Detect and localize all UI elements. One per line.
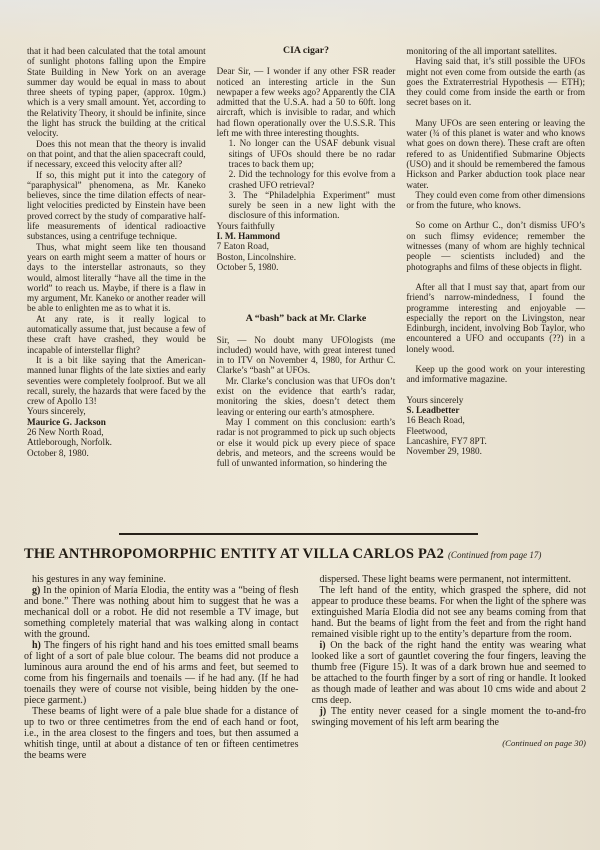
signature-line: I. M. Hammond xyxy=(217,231,396,241)
letters-column-1: that it had been calculated that the tot… xyxy=(27,46,206,468)
item-letter: h) xyxy=(32,640,44,651)
signature-line: Maurice G. Jackson xyxy=(27,417,206,427)
paragraph: They could even come from other dimensio… xyxy=(406,190,585,211)
paragraph: g) In the opinion of María Elodia, the e… xyxy=(24,585,299,640)
signature-line: October 8, 1980. xyxy=(27,448,206,458)
item-letter: j) xyxy=(320,706,331,717)
paragraph: i) On the back of the right hand the ent… xyxy=(312,640,587,706)
signature-line: November 29, 1980. xyxy=(406,446,585,456)
item-letter: g) xyxy=(32,585,43,596)
signature-line: Yours sincerely, xyxy=(27,406,206,416)
paragraph: Many UFOs are seen entering or leaving t… xyxy=(406,118,585,190)
article-section: his gestures in any way feminine.g) In t… xyxy=(24,574,586,761)
paragraph: Mr. Clarke’s conclusion was that UFOs do… xyxy=(217,376,396,417)
paragraph: The left hand of the entity, which grasp… xyxy=(312,585,587,640)
letters-column-2: CIA cigar?Dear Sir, — I wonder if any ot… xyxy=(217,46,396,468)
list-item: 1. No longer can the USAF debunk visual … xyxy=(217,138,396,169)
item-letter: i) xyxy=(320,640,331,651)
signature-line: 7 Eaton Road, xyxy=(217,241,396,251)
paragraph: At any rate, is it really logical to aut… xyxy=(27,314,206,355)
signature-line: October 5, 1980. xyxy=(217,262,396,272)
letters-column-3: monitoring of the all important satellit… xyxy=(406,46,585,468)
signature-line: Yours sincerely xyxy=(406,395,585,405)
article-title-text: THE ANTHROPOMORPHIC ENTITY AT VILLA CARL… xyxy=(24,546,444,562)
paragraph: Thus, what might seem like ten thousand … xyxy=(27,242,206,314)
magazine-page: that it had been calculated that the tot… xyxy=(0,0,600,850)
paragraph: Keep up the good work on your interestin… xyxy=(406,364,585,385)
list-item: 3. The “Philadelphia Experiment” must su… xyxy=(217,190,396,221)
paragraph: monitoring of the all important satellit… xyxy=(406,46,585,56)
signature-line: Lancashire, FY7 8PT. xyxy=(406,436,585,446)
paragraph: After all that I must say that, apart fr… xyxy=(406,282,585,354)
signature-line: Fleetwood, xyxy=(406,426,585,436)
paragraph: his gestures in any way feminine. xyxy=(24,574,299,585)
section-divider-rule xyxy=(119,533,478,535)
letter-heading: A “bash” back at Mr. Clarke xyxy=(217,314,396,324)
continued-on-note: (Continued on page 30) xyxy=(312,738,587,749)
signature-line: 16 Beach Road, xyxy=(406,415,585,425)
paragraph: So come on Arthur C., don’t dismiss UFO’… xyxy=(406,220,585,271)
letter-heading: CIA cigar? xyxy=(217,46,396,56)
paragraph: h) The fingers of his right hand and his… xyxy=(24,640,299,706)
paragraph: j) The entity never ceased for a single … xyxy=(312,706,587,728)
letters-section: that it had been calculated that the tot… xyxy=(0,0,600,468)
signature-line: 26 New North Road, xyxy=(27,427,206,437)
signature-line: Attleborough, Norfolk. xyxy=(27,437,206,447)
signature-line: S. Leadbetter xyxy=(406,405,585,415)
paragraph: Sir, — No doubt many UFOlogists (me incl… xyxy=(217,335,396,376)
paragraph: May I comment on this conclusion: earth’… xyxy=(217,417,396,468)
signature-line: Boston, Lincolnshire. xyxy=(217,252,396,262)
paragraph: Having said that, it’s still possible th… xyxy=(406,56,585,107)
paragraph: It is a bit like saying that the America… xyxy=(27,355,206,406)
paragraph: that it had been calculated that the tot… xyxy=(27,46,206,139)
article-title: THE ANTHROPOMORPHIC ENTITY AT VILLA CARL… xyxy=(24,546,586,563)
paragraph: Does this not mean that the theory is in… xyxy=(27,139,206,170)
paragraph: dispersed. These light beams were perman… xyxy=(312,574,587,585)
continued-from-note: (Continued from page 17) xyxy=(448,550,541,560)
paragraph: These beams of light were of a pale blue… xyxy=(24,706,299,761)
list-item: 2. Did the technology for this evolve fr… xyxy=(217,169,396,190)
paragraph: Dear Sir, — I wonder if any other FSR re… xyxy=(217,66,396,138)
signature-line: Yours faithfully xyxy=(217,221,396,231)
paragraph: If so, this might put it into the catego… xyxy=(27,170,206,242)
article-column-right: dispersed. These light beams were perman… xyxy=(312,574,587,761)
article-column-left: his gestures in any way feminine.g) In t… xyxy=(24,574,299,761)
